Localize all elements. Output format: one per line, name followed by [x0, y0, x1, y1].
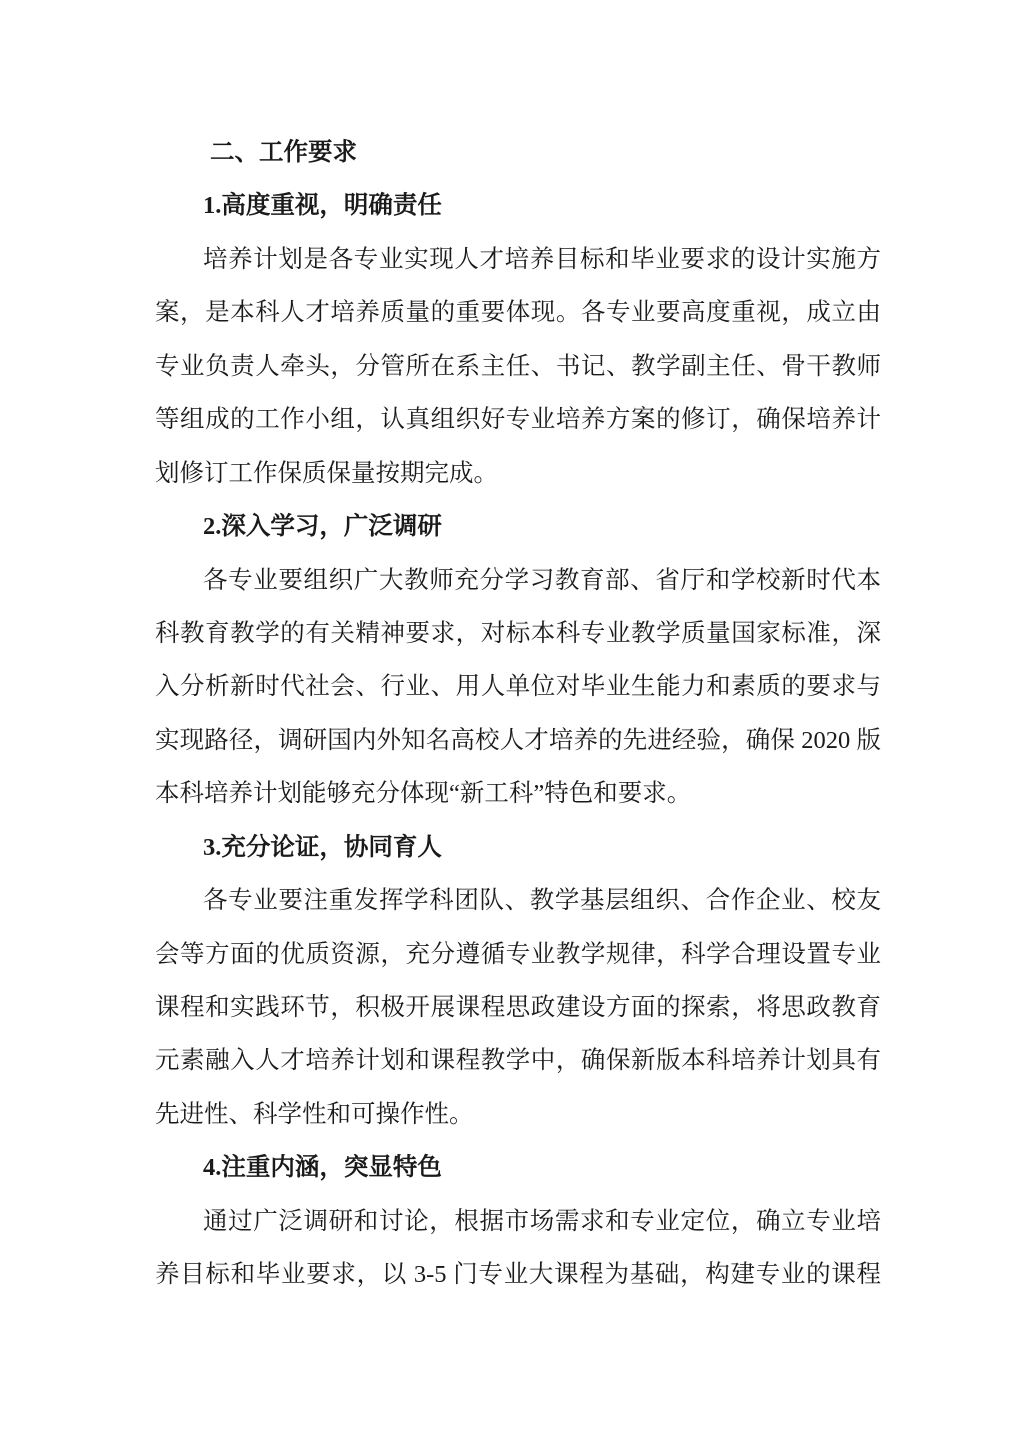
subsection-heading-3: 3.充分论证，协同育人 — [155, 821, 881, 874]
body-line: 培养计划是各专业实现人才培养目标和毕业要求的设计实施方 — [155, 233, 881, 286]
body-line: 会等方面的优质资源，充分遵循专业教学规律，科学合理设置专业 — [155, 928, 881, 981]
body-line: 等组成的工作小组，认真组织好专业培养方案的修订，确保培养计 — [155, 393, 881, 446]
body-line: 专业负责人牵头，分管所在系主任、书记、教学副主任、骨干教师 — [155, 340, 881, 393]
subsection-heading-4: 4.注重内涵，突显特色 — [155, 1141, 881, 1194]
body-line: 案，是本科人才培养质量的重要体现。各专业要高度重视，成立由 — [155, 286, 881, 339]
body-line: 各专业要注重发挥学科团队、教学基层组织、合作企业、校友 — [155, 874, 881, 927]
body-line: 本科培养计划能够充分体现“新工科”特色和要求。 — [155, 767, 881, 820]
section-title: 二、工作要求 — [155, 126, 881, 179]
body-line: 科教育教学的有关精神要求，对标本科专业教学质量国家标准，深 — [155, 607, 881, 660]
body-line: 养目标和毕业要求，以 3-5 门专业大课程为基础，构建专业的课程 — [155, 1248, 881, 1301]
body-line: 实现路径，调研国内外知名高校人才培养的先进经验，确保 2020 版 — [155, 714, 881, 767]
body-line: 课程和实践环节，积极开展课程思政建设方面的探索，将思政教育 — [155, 981, 881, 1034]
document-text-block: 二、工作要求 1.高度重视，明确责任 培养计划是各专业实现人才培养目标和毕业要求… — [155, 126, 881, 1302]
subsection-heading-2: 2.深入学习，广泛调研 — [155, 500, 881, 553]
body-line: 通过广泛调研和讨论，根据市场需求和专业定位，确立专业培 — [155, 1195, 881, 1248]
document-page: 二、工作要求 1.高度重视，明确责任 培养计划是各专业实现人才培养目标和毕业要求… — [0, 0, 1024, 1448]
body-line: 各专业要组织广大教师充分学习教育部、省厅和学校新时代本 — [155, 554, 881, 607]
body-line: 先进性、科学性和可操作性。 — [155, 1088, 881, 1141]
body-line: 元素融入人才培养计划和课程教学中，确保新版本科培养计划具有 — [155, 1034, 881, 1087]
subsection-heading-1: 1.高度重视，明确责任 — [155, 179, 881, 232]
body-line: 入分析新时代社会、行业、用人单位对毕业生能力和素质的要求与 — [155, 660, 881, 713]
body-line: 划修订工作保质保量按期完成。 — [155, 447, 881, 500]
